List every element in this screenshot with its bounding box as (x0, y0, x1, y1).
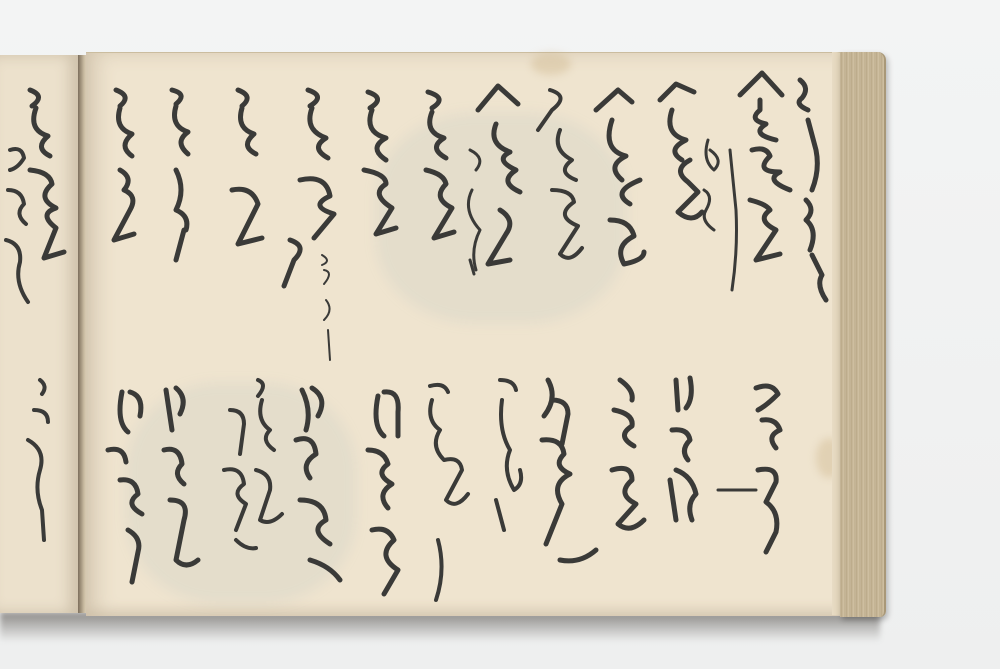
upper-register (114, 73, 826, 360)
left-page-ink (6, 90, 64, 540)
calligraphy-ink (0, 0, 1000, 669)
lower-register (108, 378, 780, 600)
